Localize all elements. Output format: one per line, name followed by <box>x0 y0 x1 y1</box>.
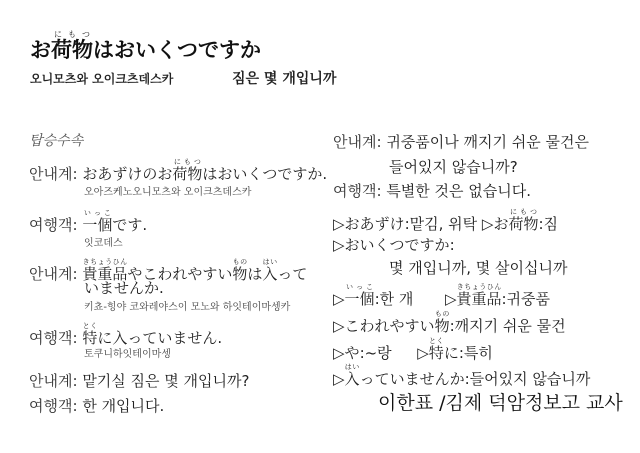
speaker-label: 안내계: <box>29 165 78 183</box>
jp-text: は <box>247 265 262 283</box>
vocab-row-4: ▷こわれやすい物もの:깨지기 쉬운 물건 <box>333 310 566 336</box>
author-signature: 이한표 /김제 덕암정보고 교사 <box>378 388 623 415</box>
title-meaning: 짐은 몇 개입니까 <box>232 68 336 88</box>
triangle-right-icon: ▷ <box>482 215 494 233</box>
vocab-term: こわれやすい <box>345 317 435 335</box>
vocab-row-2: ▷おいくつですか: <box>333 234 455 255</box>
dialogue-line-1: 안내계: おあずけのお荷物にもつはおいくつですか. <box>29 158 327 184</box>
kr-text: 한 개입니다. <box>82 397 164 415</box>
jp-text: って <box>277 265 307 283</box>
ruby-word: 一個いっこ <box>82 216 112 234</box>
jp-text: はおいくつですか. <box>202 165 327 183</box>
dialogue-line-6: 여행객: 한 개입니다. <box>29 395 164 416</box>
triangle-right-icon: ▷ <box>417 344 429 362</box>
dialogue-line-3: 안내계: 貴重品きちょうひんやこわれやすい物ものは入はいって <box>29 258 307 284</box>
speaker-label: 안내계: <box>333 133 382 151</box>
ruby-word: 特とく <box>429 344 444 362</box>
ruby-word: 物もの <box>435 317 450 335</box>
vocab-term: に <box>444 344 459 362</box>
triangle-right-icon: ▷ <box>333 236 345 254</box>
triangle-right-icon: ▷ <box>333 215 345 233</box>
vocab-meaning: : <box>450 236 455 254</box>
dialogue-line-2: 여행객: 一個いっこです. <box>29 209 147 235</box>
triangle-right-icon: ▷ <box>333 370 345 388</box>
kr-text: 맡기실 짐은 몇 개입니까? <box>82 372 249 390</box>
jp-text: おあずけのお <box>82 165 172 183</box>
ruby-word: 一個いっこ <box>345 290 375 308</box>
vocab-meaning: :맡김, 위탁 <box>405 215 478 233</box>
vocab-row-1: ▷おあずけ:맡김, 위탁 ▷お荷物にもつ:짐 <box>333 208 558 234</box>
vocab-meaning: :깨지기 쉬운 물건 <box>450 317 566 335</box>
vocab-meaning: :귀중품 <box>502 290 551 308</box>
vocab-row-6: ▷入はいっていませんか:들어있지 않습니까 <box>333 363 590 389</box>
speaker-label: 여행객: <box>29 397 78 415</box>
pronunciation-3: 키쵸-힝야 코와레야스이 모노와 하잇테이마셍카 <box>84 298 290 313</box>
title-pronunciation: 오니모츠와 오이크츠데스카 <box>30 70 173 87</box>
dialogue-line-3-cont: いませんか. <box>84 277 164 298</box>
vocab-meaning: :짐 <box>538 215 558 233</box>
speaker-label: 여행객: <box>333 182 382 200</box>
vocab-meaning: :~랑 <box>360 344 392 362</box>
pronunciation-2: 잇코데스 <box>84 234 123 249</box>
title-ruby: 荷物にもつ <box>51 38 93 62</box>
dialogue-line-5: 안내계: 맡기실 짐은 몇 개입니까? <box>29 370 249 391</box>
section-heading: 탑승수속 <box>29 130 83 150</box>
speaker-label: 여행객: <box>29 329 78 347</box>
triangle-right-icon: ▷ <box>445 290 457 308</box>
jp-text: です. <box>112 216 147 234</box>
vocab-row-2-cont: 몇 개입니까, 몇 살이십니까 <box>389 257 567 278</box>
translation-line-1-cont: 들어있지 않습니까? <box>389 156 518 177</box>
vocab-row-3: ▷一個いっこ:한 개 ▷貴重品きちょうひん:귀중품 <box>333 283 550 309</box>
vocab-term: おあずけ <box>345 215 405 233</box>
kr-text: 귀중품이나 깨지기 쉬운 물건은 <box>386 133 589 151</box>
triangle-right-icon: ▷ <box>333 317 345 335</box>
ruby-word: 物もの <box>232 265 247 283</box>
vocab-term: や <box>345 344 360 362</box>
vocab-meaning: :한 개 <box>375 290 414 308</box>
ruby-word: 入はい <box>262 265 277 283</box>
pronunciation-4: 토쿠니하잇테이마셍 <box>84 345 171 360</box>
vocab-meaning: :특히 <box>459 344 493 362</box>
pronunciation-1: 오아즈케노오니모츠와 오이크츠데스카 <box>84 183 251 198</box>
vocab-term: おいくつですか <box>345 236 450 254</box>
translation-line-1: 안내계: 귀중품이나 깨지기 쉬운 물건은 <box>333 131 589 152</box>
speaker-label: 여행객: <box>29 216 78 234</box>
translation-line-2: 여행객: 특별한 것은 없습니다. <box>333 180 531 201</box>
vocab-row-5: ▷や:~랑 ▷特とくに:특히 <box>333 337 493 363</box>
page-title: お荷物にもつはおいくつですか <box>30 30 261 64</box>
ruby-word: 荷物にもつ <box>172 165 202 183</box>
triangle-right-icon: ▷ <box>333 290 345 308</box>
title-prefix: お <box>30 38 51 62</box>
kr-text: 특별한 것은 없습니다. <box>386 182 531 200</box>
title-suffix: はおいくつですか <box>93 38 261 62</box>
vocab-meaning: :들어있지 않습니까 <box>465 370 591 388</box>
speaker-label: 안내계: <box>29 265 78 283</box>
vocab-term: お <box>493 215 508 233</box>
vocab-term: っていませんか <box>360 370 465 388</box>
ruby-word: 入はい <box>345 370 360 388</box>
triangle-right-icon: ▷ <box>333 344 345 362</box>
speaker-label: 안내계: <box>29 372 78 390</box>
ruby-word: 貴重品きちょうひん <box>456 290 501 308</box>
ruby-word: 荷物にもつ <box>508 215 538 233</box>
